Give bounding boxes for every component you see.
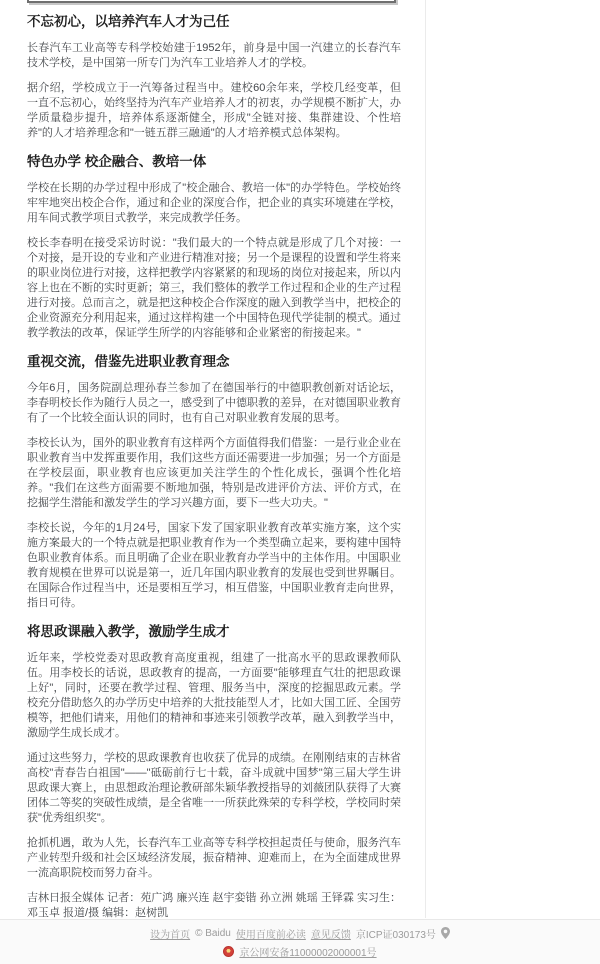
set-homepage-link[interactable]: 设为首页 xyxy=(150,926,190,941)
icp-license: 京ICP证030173号 xyxy=(356,926,436,941)
article-body: 不忘初心，以培养汽车人才为己任长春汽车工业高等专科学校始建于1952年，前身是中… xyxy=(27,0,401,931)
baidu-must-read-link[interactable]: 使用百度前必读 xyxy=(236,926,306,941)
article-heading: 特色办学 校企融合、教培一体 xyxy=(27,153,401,170)
article-paragraph: 据介绍，学校成立于一汽筹备过程当中。建校60余年来，学校几经变革，但一直不忘初心… xyxy=(27,81,401,141)
public-security-badge-icon xyxy=(223,946,234,957)
article-paragraph: 校长李春明在接受采访时说："我们最大的一个特点就是形成了几个对接：一个对接，是开… xyxy=(27,236,401,341)
article-paragraph: 今年6月，国务院副总理孙春兰参加了在德国举行的中德职教创新对话论坛，李春明校长作… xyxy=(27,381,401,426)
location-pin-icon xyxy=(441,927,450,939)
baidu-copyright: © Baidu xyxy=(195,928,231,939)
article-paragraph: 抢抓机遇，敢为人先，长春汽车工业高等专科学校担起责任与使命，服务汽车产业转型升级… xyxy=(27,836,401,881)
article-heading: 重视交流，借鉴先进职业教育理念 xyxy=(27,353,401,370)
article-paragraph: 长春汽车工业高等专科学校始建于1952年，前身是中国一汽建立的长春汽车技术学校，… xyxy=(27,41,401,71)
security-record-link[interactable]: 京公网安备11000002000001号 xyxy=(239,944,376,959)
article-paragraph: 吉林日报全媒体 记者：苑广鸿 廉兴连 赵宇娈锴 孙立洲 姚瑶 王铎霖 实习生：邓… xyxy=(27,891,401,921)
article-heading: 不忘初心，以培养汽车人才为己任 xyxy=(27,13,401,30)
article-paragraph: 近年来，学校党委对思政教育高度重视，组建了一批高水平的思政课教师队伍。用李校长的… xyxy=(27,651,401,741)
column-divider xyxy=(425,0,426,918)
article-paragraph: 学校在长期的办学过程中形成了"校企融合、教培一体"的办学特色。学校始终牢牢地突出… xyxy=(27,181,401,226)
footer-links-row: 设为首页© Baidu 使用百度前必读 意见反馈 京ICP证030173号 xyxy=(150,926,450,941)
page-footer: 设为首页© Baidu 使用百度前必读 意见反馈 京ICP证030173号 京公… xyxy=(0,919,600,964)
article-paragraph: 李校长说，今年的1月24号，国家下发了国家职业教育改革实施方案，这个实施方案最大… xyxy=(27,521,401,611)
feedback-link[interactable]: 意见反馈 xyxy=(311,926,351,941)
article-paragraph: 通过这些努力，学校的思政课教育也收获了优异的成绩。在刚刚结束的吉林省高校"青春告… xyxy=(27,751,401,826)
article-paragraph: 李校长认为，国外的职业教育有这样两个方面值得我们借鉴：一是行业企业在职业教育当中… xyxy=(27,436,401,511)
footer-security-row: 京公网安备11000002000001号 xyxy=(223,944,376,959)
article-heading: 将思政课融入教学，激励学生成才 xyxy=(27,623,401,640)
